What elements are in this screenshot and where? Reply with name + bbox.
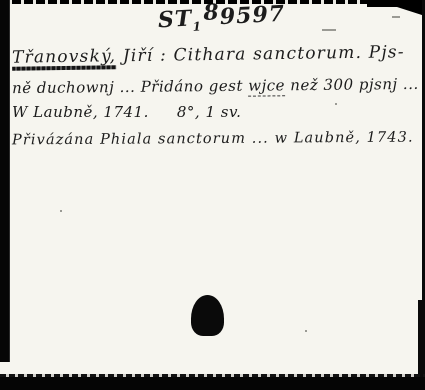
imprint-line: W Laubně, 1741.8°, 1 sv. [12, 103, 241, 121]
scan-speck [60, 210, 62, 212]
scan-edge-left [0, 0, 10, 362]
annotation-text-before: ně duchownj ... Přidáno gest [12, 77, 248, 97]
author-name: Třanovský, [12, 46, 116, 70]
shelfmark-prefix: ST [157, 6, 193, 34]
scan-edge-top-right [367, 0, 425, 7]
shelfmark-number: 9597 [219, 1, 286, 30]
annotation-text-after: než 300 pjsnj ... [285, 75, 419, 94]
shelfmark: ST189597 [157, 1, 285, 36]
binding-note-line: Přivázána Phiala sanctorum ... w Laubně,… [12, 130, 414, 149]
scan-speck [322, 29, 336, 31]
scan-speck [392, 16, 400, 18]
catalog-card-scan: ST189597 Třanovský, Jiří : Cithara sanct… [0, 0, 425, 390]
scan-edge-bottom [0, 377, 425, 390]
scan-speck [335, 103, 337, 105]
imprint-place-year: W Laubně, 1741. [12, 103, 149, 121]
main-entry-line: Třanovský, Jiří : Cithara sanctorum. Pjs… [12, 42, 405, 67]
annotation-underlined-word: wjce [248, 76, 285, 96]
shelfmark-subscript: 1 [192, 19, 202, 33]
scan-speck [305, 330, 307, 332]
title-text: Jiří : Cithara sanctorum. Pjs- [116, 42, 405, 66]
scan-corner-top-right [397, 7, 425, 16]
scan-edge-top [0, 0, 425, 4]
annotation-line: ně duchownj ... Přidáno gest wjce než 30… [12, 75, 419, 97]
ink-blot-mark [191, 295, 224, 336]
imprint-format: 8°, 1 sv. [177, 103, 242, 121]
